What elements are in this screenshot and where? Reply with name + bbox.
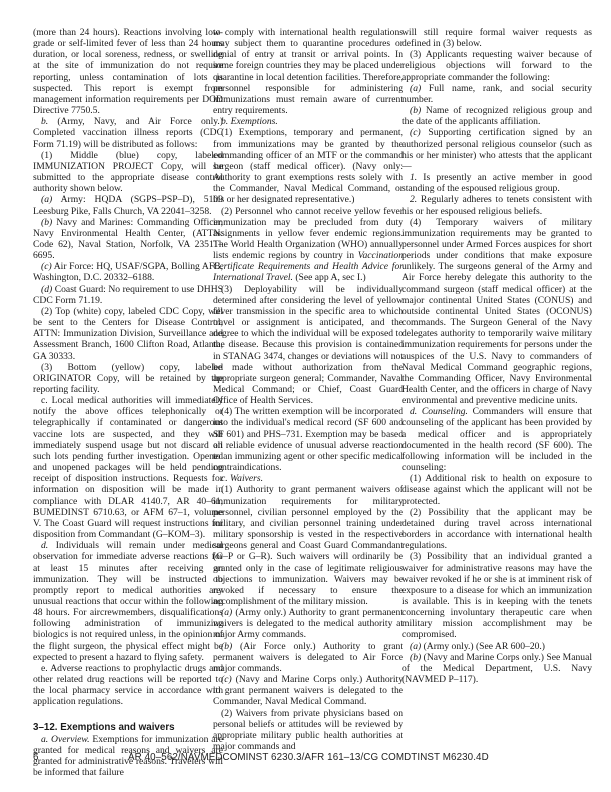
paragraph: (1) Additional risk to health on exposur… (402, 473, 592, 506)
paragraph: (b) (Air Force only.) Authority to grant… (213, 641, 403, 674)
paragraph: (1) Middle (blue) copy, labeled IMMUNIZA… (33, 150, 223, 195)
document-page: (more than 24 hours). Reactions involvin… (0, 0, 611, 792)
paragraph: (3) Possibility that an individual grant… (402, 551, 592, 640)
paragraph: 2. Regularly adheres to tenets consisten… (402, 194, 592, 216)
subsection-label: c. Waivers. (213, 473, 403, 484)
paragraph: (a) Army: HQDA (SGPS–PSP–D), 5109 Leesbu… (33, 194, 223, 216)
paragraph: (2) Top (white) copy, labeled CDC Copy, … (33, 306, 223, 362)
paragraph: (a) (Army only.) Authority to grant perm… (213, 607, 403, 640)
paragraph: (4) Temporary waivers of military immuni… (402, 217, 592, 407)
paragraph: (c) Supporting certification signed by a… (402, 127, 592, 172)
text-column-3: will still require formal waiver request… (402, 27, 592, 685)
paragraph: will still require formal waiver request… (402, 27, 592, 49)
paragraph: d. Counseling. Commanders will ensure th… (402, 406, 592, 473)
paragraph: (b) (Navy and Marine Corps only.) See Ma… (402, 652, 592, 685)
paragraph: (3) Deployability will be individually d… (213, 284, 403, 407)
paragraph: c. Local medical authorities will immedi… (33, 395, 223, 540)
paragraph: (3) Applicants requesting waiver because… (402, 49, 592, 82)
text-column-2: to comply with international health regu… (213, 27, 403, 752)
paragraph: (b) Navy and Marines: Commanding Officer… (33, 217, 223, 262)
paragraph: (1) Exemptions, temporary and permanent,… (213, 127, 403, 205)
page-number: 6 (33, 752, 38, 763)
section-heading: 3–12. Exemptions and waivers (33, 722, 223, 733)
paragraph: 1. Is presently an active member in good… (402, 172, 592, 194)
paragraph: (4) The written exemption will be incorp… (213, 406, 403, 473)
paragraph: d. Individuals will remain under medical… (33, 540, 223, 663)
paragraph: (3) Bottom (yellow) copy, labeled ORIGIN… (33, 362, 223, 395)
paragraph: (c) (Navy and Marine Corps only.) Author… (213, 674, 403, 707)
text-column-1: (more than 24 hours). Reactions involvin… (33, 27, 223, 778)
paragraph: (a) (Army only.) (See AR 600–20.) (402, 641, 592, 652)
paragraph: (d) Coast Guard: No requirement to use D… (33, 284, 223, 306)
document-identifier: AR 40–562/NAVMEDCOMINST 6230.3/AFR 161–1… (128, 752, 489, 763)
subsection-label: b. Exemptions. (213, 116, 403, 127)
paragraph: (a) Full name, rank, and social security… (402, 83, 592, 105)
paragraph: (2) Personnel who cannot receive yellow … (213, 206, 403, 284)
paragraph: to comply with international health regu… (213, 27, 403, 116)
paragraph: (2) Possibility that the applicant may b… (402, 507, 592, 552)
paragraph: e. Adverse reactions to prophylactic dru… (33, 663, 223, 708)
paragraph: b. (Army, Navy, and Air Force only.) Com… (33, 116, 223, 149)
paragraph: (1) Authority to grant permanent waivers… (213, 484, 403, 607)
paragraph: (c) Air Force: HQ, USAF/SGPA, Bolling AF… (33, 261, 223, 283)
paragraph: (more than 24 hours). Reactions involvin… (33, 27, 223, 116)
paragraph: (b) Name of recognized religious group a… (402, 105, 592, 127)
paragraph: (2) Waivers from private physicians base… (213, 708, 403, 753)
